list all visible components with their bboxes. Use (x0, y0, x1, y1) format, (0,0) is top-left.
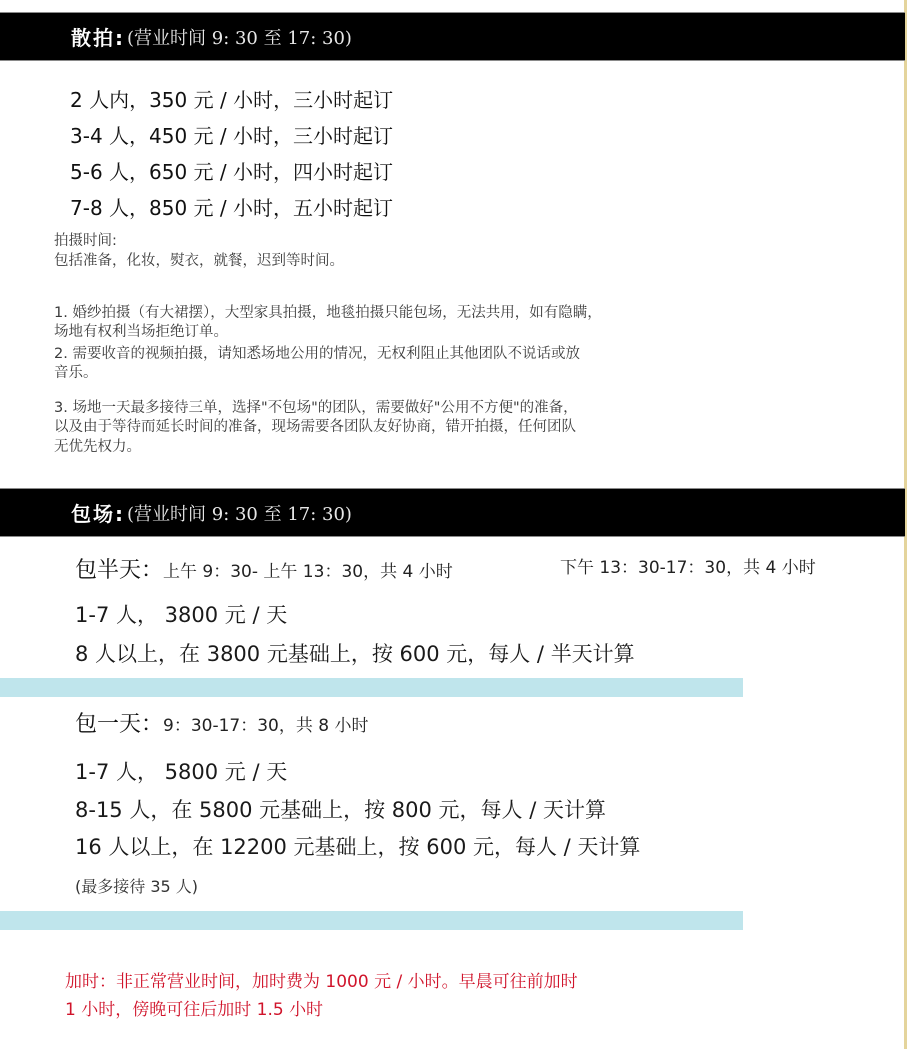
note-3-line-1: 3. 场地一天最多接待三单，选择"不包场"的团队，需要做好"公用不方便"的准备， (54, 399, 578, 418)
note-3-line-2: 以及由于等待而延长时间的准备，现场需要各团队友好协商，错开拍摄，任何团队 (54, 418, 576, 437)
half-day-label: 包半天： (75, 558, 163, 583)
note-1-line-2: 场地有权利当场拒绝订单。 (54, 323, 228, 342)
full-day-line-2: 8-15 人，在 5800 元基础上，按 800 元，每人 / 天计算 (75, 794, 606, 824)
divider-2 (0, 911, 743, 930)
full-day-time: 9：30-17：30，共 8 小时 (163, 716, 368, 736)
casual-rate-4: 7-8 人，850 元 / 小时，五小时起订 (70, 192, 393, 221)
shoot-time-desc: 包括准备，化妆，熨衣，就餐，迟到等时间。 (54, 252, 344, 271)
casual-rate-1: 2 人内，350 元 / 小时，三小时起订 (70, 84, 393, 113)
casual-section-header: 散拍: (营业时间 9: 30 至 17: 30) (0, 12, 905, 61)
half-day-morning: 上午 9：30- 上午 13：30，共 4 小时 (163, 562, 453, 582)
casual-rate-2: 3-4 人，450 元 / 小时，三小时起订 (70, 120, 393, 149)
exclusive-hours: (营业时间 9: 30 至 17: 30) (127, 500, 352, 526)
note-2-line-1: 2. 需要收音的视频拍摄，请知悉场地公用的情况，无权利阻止其他团队不说话或放 (54, 345, 580, 364)
half-day-line-1: 1-7 人， 3800 元 / 天 (75, 599, 287, 629)
shoot-time-label: 拍摄时间: (54, 232, 117, 251)
half-day-heading: 包半天：上午 9：30- 上午 13：30，共 4 小时 (75, 553, 453, 584)
overtime-line-1: 加时：非正常营业时间，加时费为 1000 元 / 小时。早晨可往前加时 (65, 968, 578, 996)
half-day-afternoon-wrap: 下午 13：30-17：30，共 4 小时 (560, 553, 816, 579)
half-day-line-2: 8 人以上，在 3800 元基础上，按 600 元，每人 / 半天计算 (75, 638, 635, 668)
full-day-capacity-note: (最多接待 35 人) (75, 874, 198, 897)
casual-hours: (营业时间 9: 30 至 17: 30) (127, 24, 352, 50)
full-day-label: 包一天： (75, 712, 163, 737)
half-day-afternoon: 下午 13：30-17：30，共 4 小时 (560, 558, 816, 578)
divider-1 (0, 678, 743, 697)
note-1-line-1: 1. 婚纱拍摄（有大裙摆），大型家具拍摄，地毯拍摄只能包场，无法共用，如有隐瞒， (54, 304, 602, 323)
casual-rate-3: 5-6 人，650 元 / 小时，四小时起订 (70, 156, 393, 185)
full-day-line-1: 1-7 人， 5800 元 / 天 (75, 756, 287, 786)
full-day-line-3: 16 人以上，在 12200 元基础上，按 600 元，每人 / 天计算 (75, 831, 640, 861)
full-day-heading: 包一天：9：30-17：30，共 8 小时 (75, 707, 369, 738)
overtime-line-2: 1 小时，傍晚可往后加时 1.5 小时 (65, 996, 323, 1024)
note-2-line-2: 音乐。 (54, 364, 98, 383)
casual-title: 散拍: (71, 22, 125, 51)
exclusive-title: 包场: (71, 498, 125, 527)
note-3-line-3: 无优先权力。 (54, 438, 141, 457)
exclusive-section-header: 包场: (营业时间 9: 30 至 17: 30) (0, 488, 905, 537)
